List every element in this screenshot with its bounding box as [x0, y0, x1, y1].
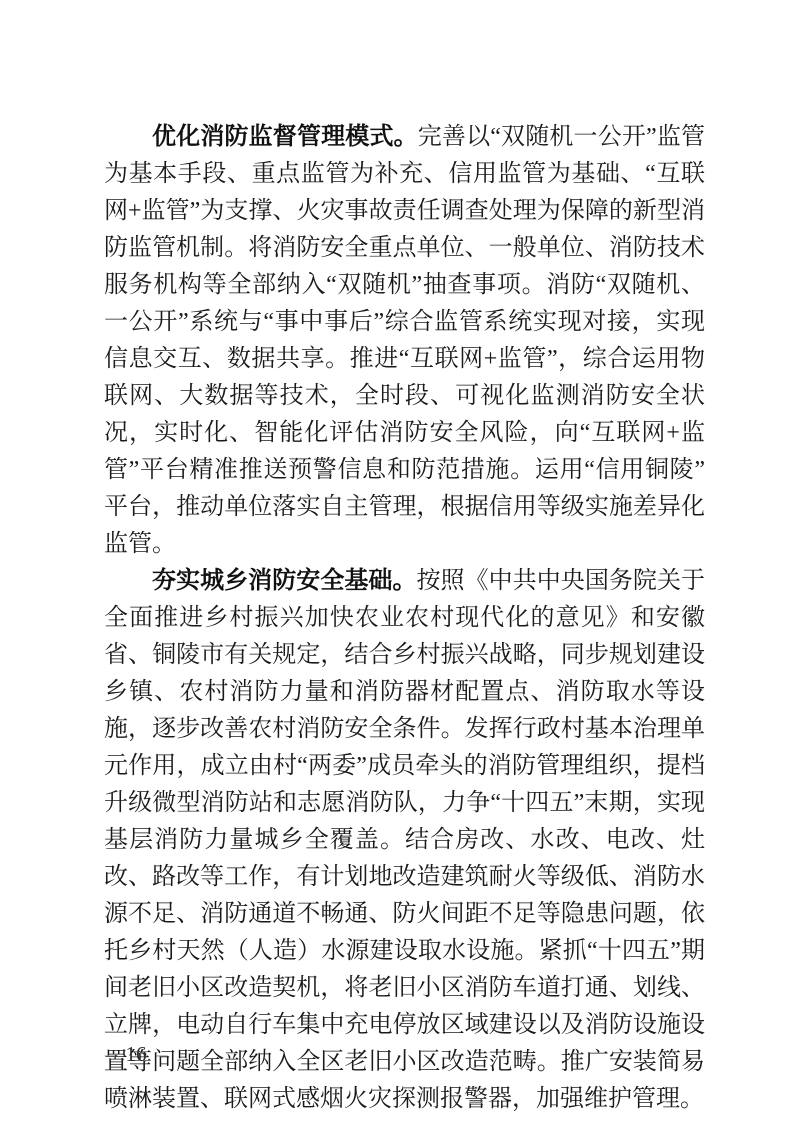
paragraph-heading: 优化消防监督管理模式。 — [152, 124, 418, 150]
footer-left-dash: – — [105, 1042, 116, 1066]
paragraph-urban-rural-foundation: 夯实城乡消防安全基础。按照《中共中央国务院关于全面推进乡村振兴加快农业农村现代化… — [104, 563, 705, 1118]
page-number: 16 — [126, 1042, 147, 1066]
paragraph-optimize-supervision: 优化消防监督管理模式。完善以“双随机一公开”监管为基本手段、重点监管为补充、信用… — [104, 119, 705, 563]
footer-right-dash: – — [157, 1042, 168, 1066]
paragraph-heading: 夯实城乡消防安全基础。 — [152, 568, 417, 594]
page-footer: –16– — [105, 1042, 167, 1066]
document-page: 优化消防监督管理模式。完善以“双随机一公开”监管为基本手段、重点监管为补充、信用… — [0, 0, 793, 1122]
paragraph-text: 完善以“双随机一公开”监管为基本手段、重点监管为补充、信用监管为基础、“互联网+… — [104, 124, 705, 557]
paragraph-text: 按照《中共中央国务院关于全面推进乡村振兴加快农业农村现代化的意见》和安徽省、铜陵… — [104, 568, 705, 1112]
document-body: 优化消防监督管理模式。完善以“双随机一公开”监管为基本手段、重点监管为补充、信用… — [104, 119, 705, 1118]
